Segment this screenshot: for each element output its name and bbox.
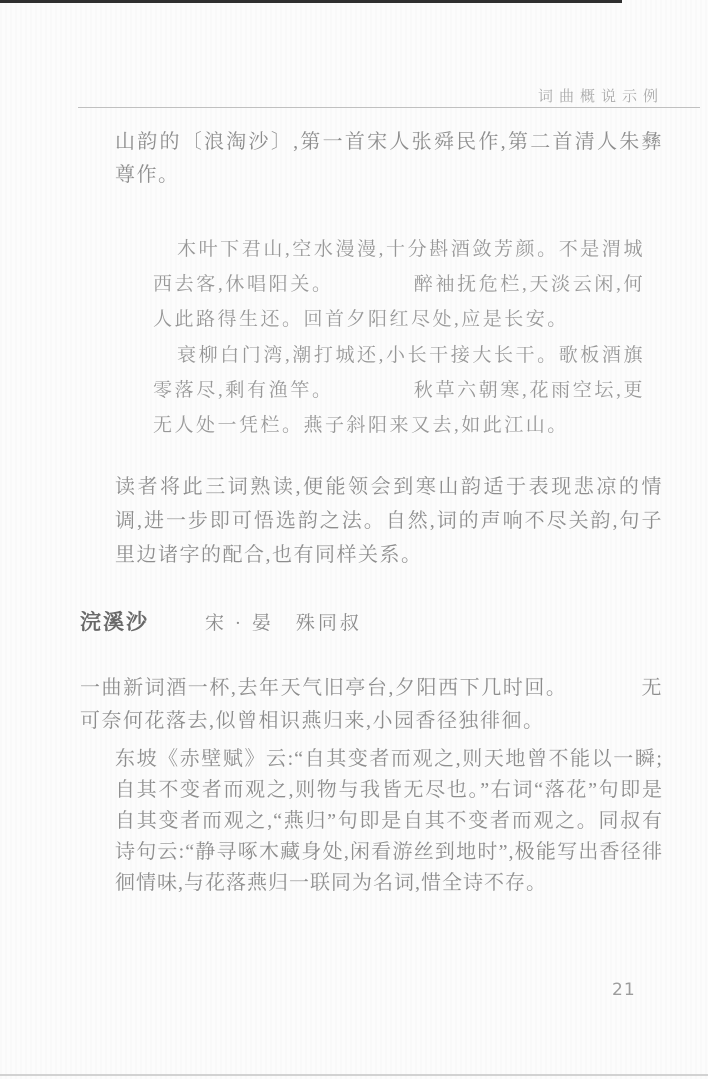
ci-upper-stanza: 一曲新词酒一杯,去年天气旧亭台,夕阳西下几时回。 [80, 677, 567, 699]
running-head: 词曲概说示例 [538, 85, 664, 106]
page-top-edge-line [0, 0, 622, 3]
author-attribution: 宋 · 晏 殊同叔 [205, 613, 362, 634]
stanza-gap [334, 395, 414, 396]
ci-heading: 浣溪沙 宋 · 晏 殊同叔 [80, 606, 362, 636]
intro-paragraph: 山韵的〔浪淘沙〕,第一首宋人张舜民作,第二首清人朱彝尊作。 [115, 126, 663, 192]
stanza-gap [334, 289, 414, 290]
reader-paragraph: 读者将此三词熟读,便能领会到寒山韵适于表现悲凉的情调,进一步即可悟选韵之法。自然… [115, 470, 663, 572]
quoted-poem-1: 木叶下君山,空水漫漫,十分斟酒敛芳颜。不是渭城西去客,休唱阳关。醉袖抚危栏,天淡… [153, 232, 645, 337]
tune-title: 浣溪沙 [80, 610, 149, 634]
page-bottom-edge-line [0, 1074, 708, 1076]
book-page: 词曲概说示例 山韵的〔浪淘沙〕,第一首宋人张舜民作,第二首清人朱彝尊作。 木叶下… [0, 0, 708, 1079]
header-rule [78, 107, 700, 108]
commentary-paragraph: 东坡《赤壁赋》云:“自其变者而观之,则天地曾不能以一瞬;自其不变者而观之,则物与… [115, 744, 663, 899]
stanza-gap [567, 693, 641, 694]
ci-poem: 一曲新词酒一杯,去年天气旧亭台,夕阳西下几时回。无可奈何花落去,似曾相识燕归来,… [80, 672, 663, 738]
page-number: 21 [612, 980, 636, 1000]
quoted-poem-2: 衰柳白门湾,潮打城还,小长干接大长干。歌板酒旗零落尽,剩有渔竿。秋草六朝寒,花雨… [153, 338, 645, 443]
